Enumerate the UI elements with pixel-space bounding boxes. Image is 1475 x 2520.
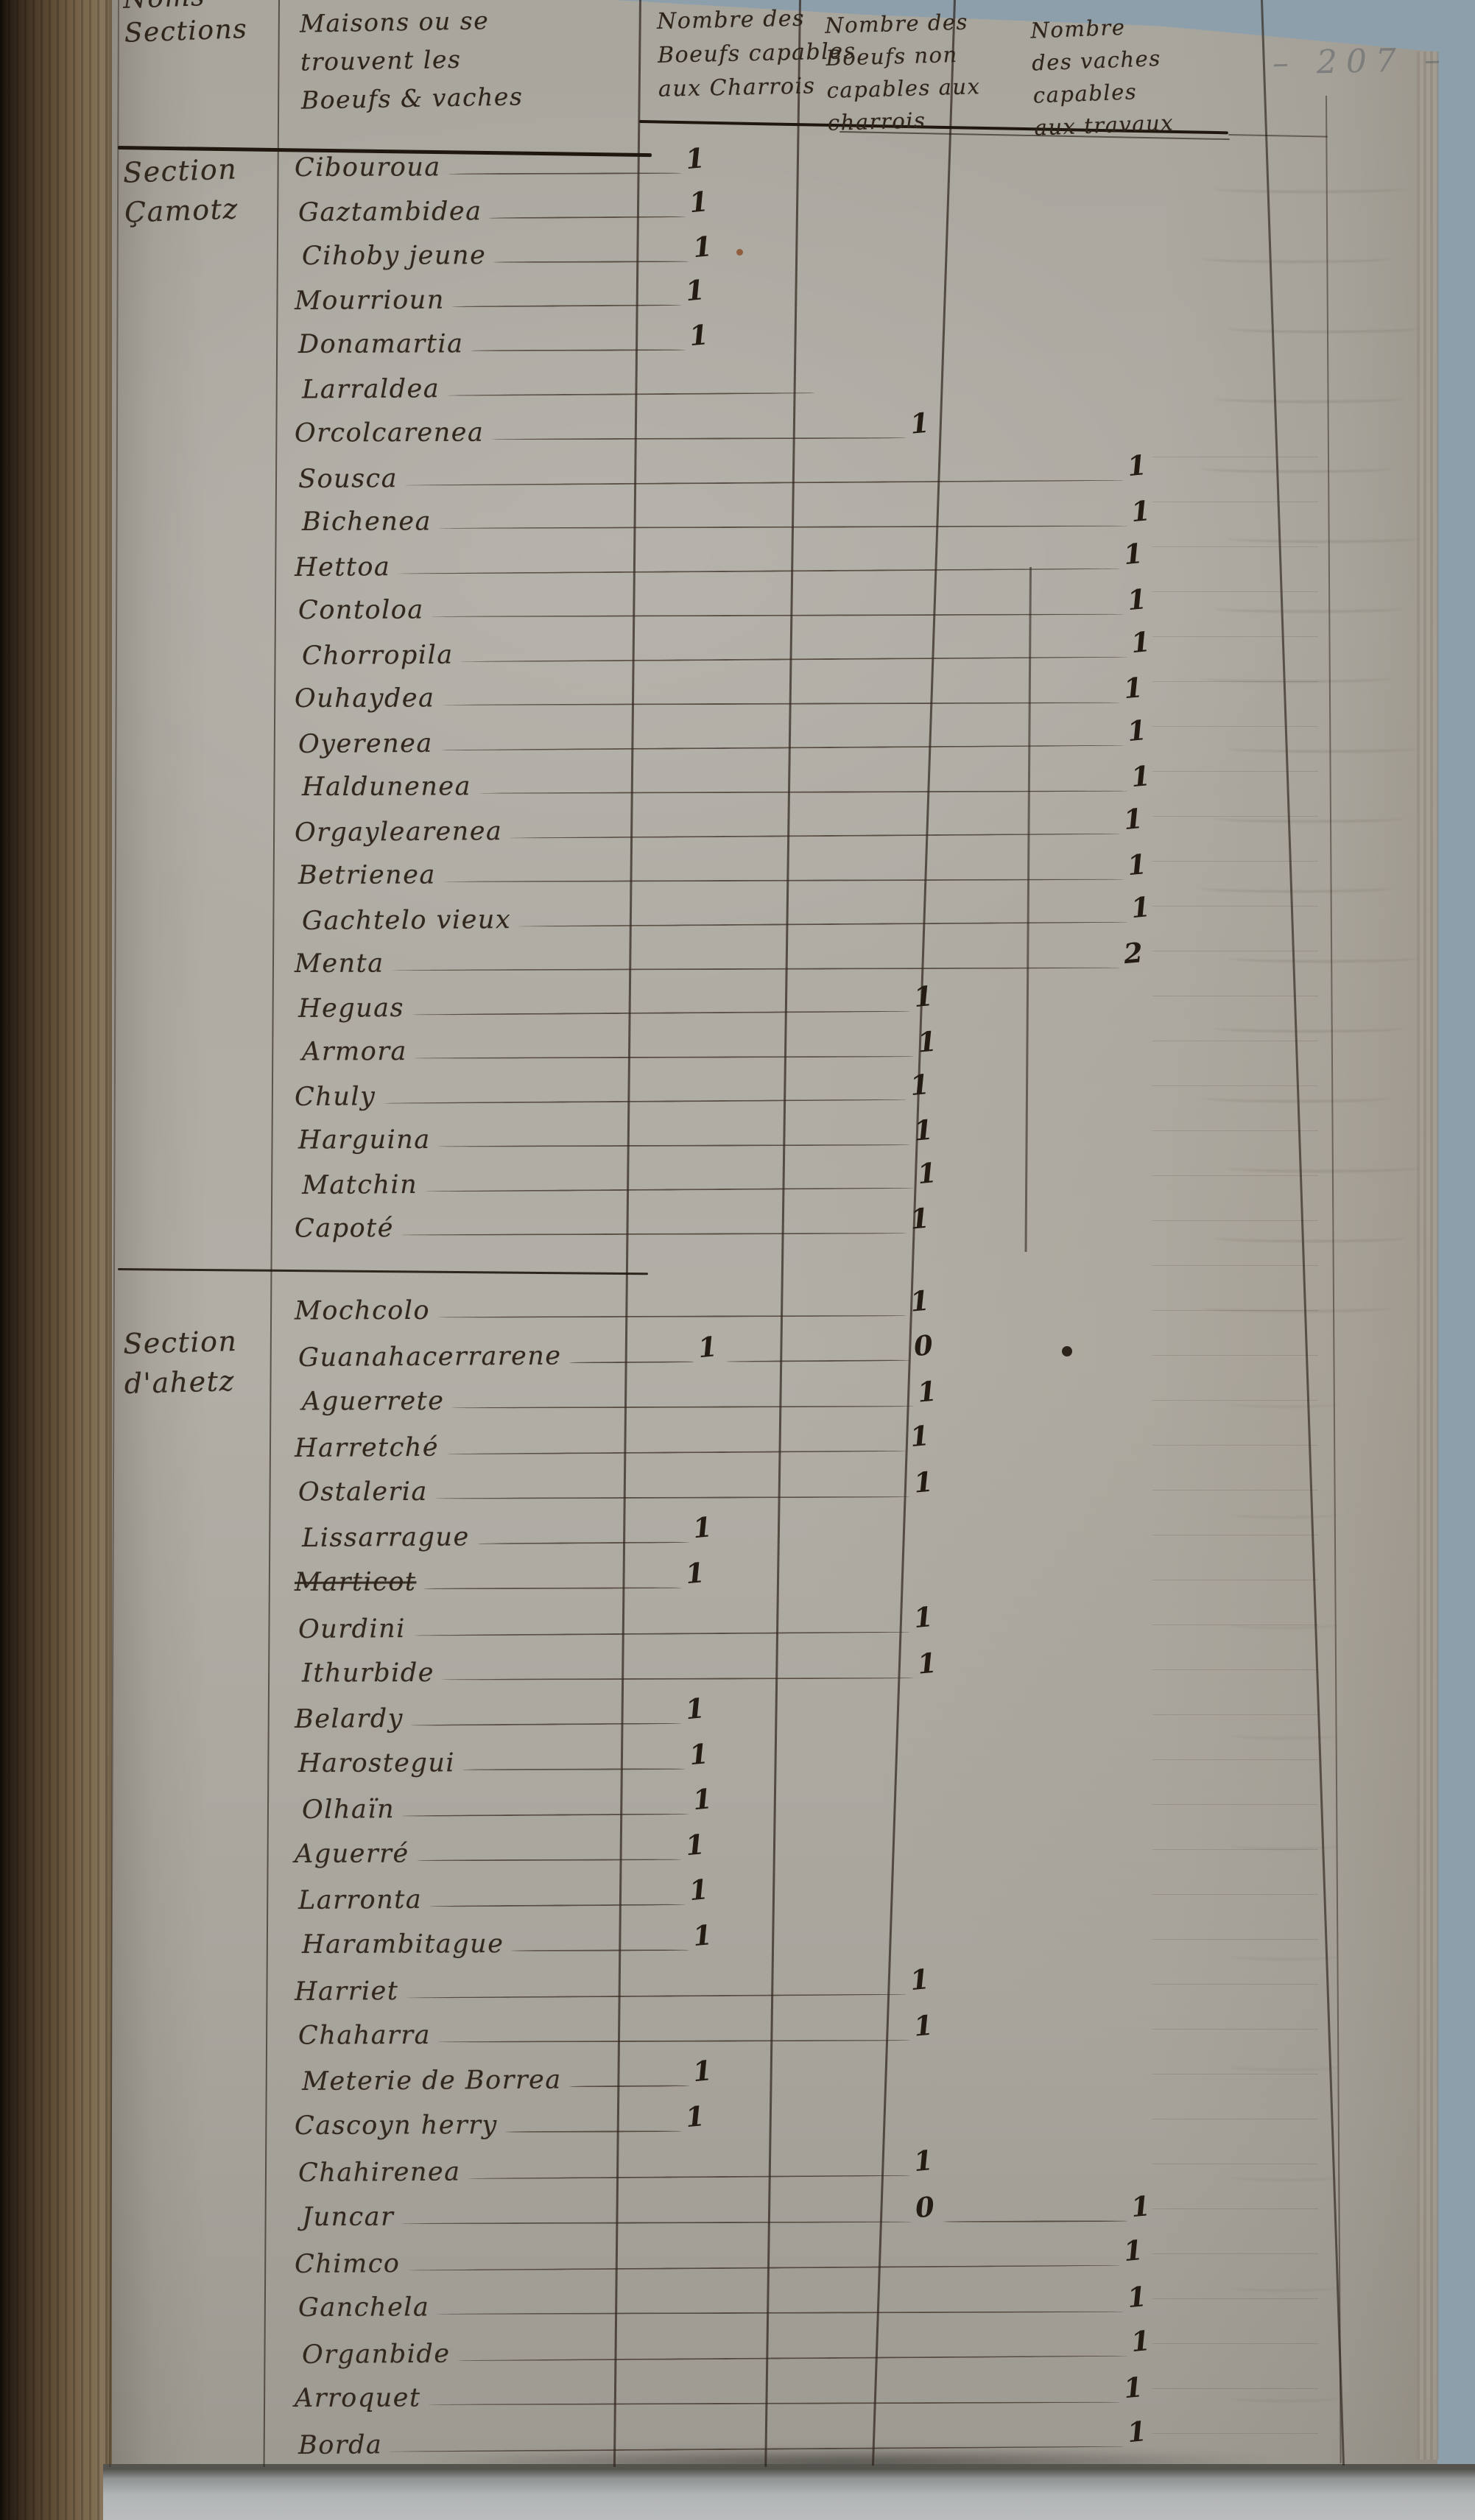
- count-value: 1: [1129, 2192, 1155, 2235]
- leader-line: [411, 1722, 682, 1725]
- leader-line: [423, 1587, 682, 1589]
- faint-ruled-line: [1152, 1310, 1318, 1311]
- count-value: 1: [691, 1784, 717, 1829]
- count-value: 1: [1122, 2373, 1147, 2416]
- count-value: 1: [908, 1421, 934, 1465]
- faint-ruled-line: [1152, 726, 1318, 727]
- house-name: Harostegui: [298, 1750, 455, 1784]
- faint-ruled-line: [1152, 2208, 1318, 2209]
- count-value: 1: [691, 1513, 717, 1557]
- leader-line: [415, 1056, 914, 1059]
- table-row: Matchin1: [302, 1158, 939, 1206]
- faint-ruled-line: [1152, 2253, 1318, 2254]
- count-value: 1: [683, 2102, 709, 2145]
- leader-line: [511, 1949, 689, 1951]
- bleed-mark: [1230, 2062, 1340, 2071]
- table-row: Cihoby jeune1: [302, 231, 714, 277]
- count-value: 1: [1122, 674, 1147, 717]
- faint-ruled-line: [1152, 906, 1318, 907]
- table-row: Ithurbide1: [302, 1646, 939, 1694]
- faint-ruled-line: [1152, 1759, 1318, 1760]
- count-value: 1: [1125, 2417, 1151, 2461]
- house-name: Arroquet: [295, 2385, 421, 2419]
- table-row: Harguina1: [298, 1114, 935, 1161]
- table-row: Meterie de Borrea1: [302, 2054, 714, 2102]
- faint-ruled-line: [1152, 1625, 1318, 1625]
- leader-line: [402, 1812, 689, 1816]
- header-line: des vaches: [1031, 41, 1172, 79]
- count-value: 1: [687, 1739, 713, 1783]
- faint-ruled-line: [1152, 1220, 1318, 1221]
- bleed-mark: [1214, 1024, 1405, 1032]
- house-name: Chuly: [295, 1084, 376, 1118]
- count-value: 1: [1125, 451, 1151, 496]
- faint-ruled-line: [1152, 2029, 1318, 2030]
- table-row: Capoté1: [295, 1203, 932, 1249]
- faint-ruled-line: [1152, 1804, 1318, 1805]
- section-label-line: Çamotz: [124, 189, 239, 232]
- count-value: 1: [1125, 585, 1151, 629]
- house-name: Gaztambidea: [298, 199, 482, 233]
- section-1-label: SectionÇamotz: [122, 149, 239, 232]
- leader-line: [452, 304, 682, 307]
- rust-fleck: [736, 249, 743, 256]
- table-row: Guanahacerrarene10: [298, 1328, 935, 1378]
- table-row: Borda1: [298, 2414, 1149, 2466]
- count-value: 1: [1129, 628, 1155, 672]
- header-line: capables: [1032, 74, 1173, 111]
- faint-ruled-line: [1152, 1535, 1318, 1535]
- faint-ruled-line: [1152, 2388, 1318, 2389]
- bleed-mark: [1214, 184, 1405, 193]
- table-row: Harostegui1: [298, 1737, 711, 1784]
- count-value: 1: [908, 1071, 934, 1115]
- house-name: Ganchela: [298, 2295, 429, 2329]
- faint-ruled-line: [1152, 816, 1318, 817]
- leader-line: [471, 349, 686, 351]
- bleed-mark: [1230, 1731, 1340, 1739]
- faint-ruled-line: [1152, 1265, 1318, 1266]
- leader-line: [491, 437, 907, 440]
- leader-line: [432, 613, 1124, 617]
- bleed-mark: [1200, 254, 1392, 263]
- leader-line: [442, 1677, 914, 1680]
- leader-line: [406, 1993, 907, 1998]
- house-name: Larronta: [298, 1887, 422, 1921]
- count-value: 1: [683, 1694, 709, 1738]
- table-row: Juncar01: [302, 2189, 1152, 2238]
- leader-line: [437, 2311, 1124, 2315]
- table-row: Chimco1: [295, 2233, 1145, 2284]
- leader-line: [479, 790, 1127, 794]
- leader-line: [442, 702, 1120, 705]
- leader-line: [438, 1144, 911, 1147]
- house-name: Ithurbide: [302, 1660, 434, 1694]
- house-name: Mourrioun: [295, 288, 445, 322]
- table-row: Ouhaydea1: [295, 672, 1145, 719]
- table-row: Menta2: [295, 937, 1145, 985]
- bleed-mark: [1230, 2283, 1340, 2292]
- table-row: Bichenea1: [302, 496, 1152, 543]
- faint-ruled-line: [1152, 1400, 1318, 1401]
- table-row: Haldunenea1: [302, 761, 1152, 808]
- header-line: Sections: [124, 13, 248, 51]
- bleed-mark: [1214, 1233, 1405, 1242]
- count-value: 1: [908, 1204, 934, 1247]
- count-value: 1: [683, 1558, 709, 1602]
- header-boeufs-non-capables-column: Nombre desBoeufs noncapables auxcharrois: [825, 5, 982, 139]
- count-value: 1: [1125, 851, 1151, 894]
- house-name: Heguas: [298, 996, 404, 1030]
- leader-line: [439, 525, 1127, 529]
- house-name: Orgaylearenea: [295, 819, 503, 854]
- table-row: Armora1: [302, 1026, 939, 1072]
- bleed-mark: [1227, 1164, 1418, 1172]
- house-name: Aguerrete: [302, 1388, 445, 1422]
- section-label-line: Section: [123, 1321, 238, 1364]
- table-surface: [103, 2464, 1475, 2520]
- faint-ruled-line: [1152, 1939, 1318, 1940]
- count-value: 1: [915, 1159, 941, 1203]
- count-value: 1: [683, 144, 709, 188]
- header-line: trouvent les: [300, 39, 523, 81]
- house-name: Chimco: [295, 2250, 401, 2284]
- house-name: Orcolcarenea: [295, 420, 484, 454]
- count-value: 1: [1125, 717, 1151, 761]
- bleed-mark: [1214, 814, 1405, 823]
- table-row: Ganchela1: [298, 2280, 1149, 2329]
- faint-ruled-line: [1152, 996, 1318, 996]
- count-value: 1: [691, 233, 717, 276]
- house-name: Bichenea: [302, 509, 432, 543]
- leader-line: [392, 967, 1121, 971]
- bleed-mark: [1227, 744, 1418, 753]
- faint-ruled-line: [1152, 1894, 1318, 1895]
- leader-line: [435, 1496, 910, 1499]
- faint-ruled-line: [1152, 2433, 1318, 2434]
- count-value: 1: [1129, 2326, 1155, 2371]
- house-name: Ouhaydea: [295, 686, 435, 719]
- table-row: Aguerrete1: [302, 1374, 939, 1422]
- header-sections-column: NomsSections: [122, 0, 248, 51]
- header-vaches-column: Nombredes vachescapablesaux travaux: [1030, 9, 1175, 144]
- count-value: 0: [912, 1331, 937, 1375]
- house-name: Cibouroua: [295, 155, 441, 189]
- count-value: 1: [915, 1649, 941, 1692]
- leader-line: [943, 2220, 1127, 2222]
- house-name: Menta: [295, 951, 384, 985]
- count-value: 1: [912, 982, 937, 1027]
- table-row: Hettoa1: [295, 538, 1145, 588]
- house-name: Larraldea: [302, 376, 440, 410]
- count-value: 1: [1122, 2236, 1147, 2280]
- header-line: Boeufs non: [825, 38, 980, 74]
- house-name: Gachtelo vieux: [302, 907, 511, 942]
- leader-line: [438, 2039, 910, 2042]
- leader-line: [462, 1768, 686, 1770]
- count-value: 1: [1129, 893, 1155, 937]
- house-name: Organbide: [302, 2341, 451, 2375]
- table-row: Harambitague1: [302, 1918, 714, 1965]
- table-row: Chahirenea1: [298, 2143, 935, 2193]
- leader-line: [412, 1010, 910, 1016]
- bleed-mark: [1227, 954, 1418, 962]
- house-name: Oyerenea: [298, 731, 433, 765]
- leader-line: [440, 745, 1124, 750]
- faint-ruled-line: [1152, 1849, 1318, 1850]
- house-name: Donamartia: [298, 331, 464, 365]
- faint-ruled-line: [1152, 861, 1318, 862]
- leader-line: [518, 921, 1127, 927]
- leader-line: [448, 172, 683, 175]
- count-value: 1: [1129, 497, 1155, 541]
- house-name: Aguerré: [295, 1841, 409, 1875]
- bleed-mark: [1230, 1951, 1340, 1960]
- house-name: Cihoby jeune: [302, 243, 486, 277]
- leader-line: [390, 2445, 1124, 2452]
- faint-ruled-line: [1152, 501, 1318, 502]
- table-row: Mourrioun1: [295, 275, 707, 322]
- leader-line: [726, 1359, 910, 1362]
- leader-line: [407, 2264, 1120, 2270]
- leader-line: [458, 2354, 1128, 2360]
- leader-line: [417, 1859, 683, 1861]
- faint-ruled-line: [1152, 1355, 1318, 1356]
- table-row: Larraldea: [302, 363, 817, 411]
- count-value: 1: [683, 276, 709, 320]
- faint-ruled-line: [1152, 636, 1318, 637]
- table-row: Organbide1: [302, 2323, 1152, 2375]
- count-value: 1: [691, 2056, 717, 2100]
- bleed-mark: [1200, 1303, 1392, 1312]
- house-name: Harambitague: [302, 1932, 504, 1965]
- leader-line: [425, 1187, 914, 1192]
- document-scan: NomsSections Maisons ou setrouvent lesBo…: [0, 0, 1475, 2520]
- header-line: charrois: [827, 102, 982, 139]
- count-value: 1: [1125, 2282, 1151, 2326]
- ink-blot: [1062, 1346, 1072, 1356]
- house-name: Harguina: [298, 1127, 431, 1161]
- faint-ruled-line: [1152, 2074, 1318, 2074]
- section-2-label: Sectiond'ahetz: [123, 1321, 239, 1404]
- faint-ruled-line: [1152, 771, 1318, 772]
- table-row: Cascoyn herry1: [295, 2100, 707, 2146]
- count-value: 1: [908, 1965, 934, 2009]
- header-line: capables aux: [826, 70, 981, 107]
- faint-ruled-line: [1152, 2164, 1318, 2164]
- section-2-rows: Mochcolo1Guanahacerrarene10Aguerrete1Har…: [298, 1285, 1152, 2463]
- table-row: Aguerré1: [295, 1828, 707, 1874]
- house-name: Chaharra: [298, 2022, 431, 2056]
- house-name: Harriet: [295, 1978, 399, 2012]
- table-row: Ostaleria1: [298, 1465, 935, 1513]
- faint-ruled-line: [1152, 1669, 1318, 1670]
- header-line: Nombre des: [825, 5, 979, 42]
- leader-line: [383, 1099, 907, 1104]
- leader-line: [401, 2221, 911, 2224]
- faint-ruled-line: [1152, 1041, 1318, 1041]
- faint-ruled-line: [1152, 1175, 1318, 1176]
- leader-line: [490, 216, 686, 219]
- leader-line: [446, 1449, 907, 1454]
- count-value: 1: [912, 1602, 937, 1647]
- bleed-mark: [1200, 464, 1392, 473]
- house-name: Ostaleria: [298, 1479, 428, 1513]
- leader-line: [405, 479, 1124, 486]
- faint-ruled-line: [1152, 457, 1318, 457]
- house-name: Belardy: [295, 1706, 404, 1739]
- header-line: Maisons ou se: [300, 1, 522, 43]
- table-row: Cibouroua1: [295, 143, 707, 189]
- count-value: 1: [912, 1468, 937, 1511]
- leader-line: [437, 1314, 907, 1317]
- count-value: 1: [1122, 805, 1147, 849]
- count-value: 1: [1122, 540, 1147, 584]
- faint-ruled-line: [1152, 546, 1318, 547]
- table-row: Orcolcarenea1: [295, 407, 932, 454]
- table-row: Orgaylearenea1: [295, 803, 1145, 854]
- table-row: Harriet1: [295, 1962, 932, 2012]
- table-row: Harretché1: [295, 1418, 932, 1468]
- house-name: Hettoa: [295, 555, 391, 588]
- house-name: Armora: [302, 1039, 407, 1072]
- header-line: Boeufs & vaches: [300, 77, 523, 119]
- page-number: – 207 –: [1272, 41, 1449, 82]
- header-line: aux travaux: [1034, 106, 1175, 144]
- count-value: 1: [1129, 762, 1155, 806]
- leader-line: [468, 2174, 911, 2178]
- count-value: 1: [687, 1875, 713, 1919]
- leader-line: [569, 2084, 690, 2086]
- house-name: Haldunenea: [302, 774, 471, 808]
- bleed-mark: [1200, 884, 1392, 893]
- house-name: Olhaïn: [302, 1796, 395, 1830]
- faint-ruled-line: [1152, 1580, 1318, 1580]
- house-name: Marticot: [295, 1569, 417, 1603]
- house-name: Ourdini: [298, 1616, 406, 1650]
- count-value: 1: [691, 1921, 717, 1964]
- faint-ruled-line: [1152, 1130, 1318, 1131]
- faint-ruled-line: [1152, 2119, 1318, 2119]
- faint-ruled-line: [1152, 2343, 1318, 2344]
- table-row: Lissarrague1: [302, 1510, 714, 1558]
- table-row: Ourdini1: [298, 1599, 935, 1650]
- count-value: 1: [912, 1116, 937, 1159]
- house-name: Cascoyn herry: [295, 2113, 498, 2147]
- count-value: 1: [915, 1377, 941, 1421]
- faint-ruled-line: [1152, 2298, 1318, 2299]
- bleed-mark: [1230, 1510, 1340, 1518]
- count-value: 1: [915, 1027, 941, 1071]
- house-name: Guanahacerrarene: [298, 1343, 562, 1378]
- count-value: 1: [908, 1287, 934, 1330]
- bleed-mark: [1230, 2172, 1340, 2181]
- table-row: Chuly1: [295, 1069, 932, 1118]
- house-name: Harretché: [295, 1435, 439, 1468]
- header-line: Nombre: [1030, 9, 1171, 46]
- table-row: Gaztambidea1: [298, 186, 711, 233]
- leader-line: [413, 1630, 910, 1636]
- bleed-mark: [1200, 1094, 1392, 1102]
- leader-line: [461, 656, 1128, 662]
- page-stack-edge: [1417, 52, 1439, 2460]
- table-row: Chorropila1: [302, 627, 1152, 677]
- count-value: 1: [912, 2146, 937, 2190]
- house-name: Meterie de Borrea: [302, 2066, 562, 2101]
- faint-ruled-line: [1152, 1984, 1318, 1985]
- count-value: 1: [695, 1332, 721, 1376]
- table-row: Betrienea1: [298, 849, 1149, 896]
- table-row: Marticot1: [295, 1556, 707, 1602]
- table-row: Arroquet1: [295, 2371, 1145, 2419]
- bleed-mark: [1230, 2393, 1340, 2402]
- faint-ruled-line: [1152, 681, 1318, 682]
- table-row: Mochcolo1: [295, 1284, 932, 1331]
- bleed-mark: [1227, 534, 1418, 543]
- leader-line: [569, 1360, 694, 1362]
- table-row: Oyerenea1: [298, 715, 1149, 765]
- leader-line: [429, 2401, 1121, 2405]
- house-name: Chahirenea: [298, 2158, 461, 2193]
- count-value: 1: [683, 1830, 709, 1873]
- count-value: 1: [908, 409, 934, 452]
- table-row: Contoloa1: [298, 584, 1149, 631]
- faint-ruled-line: [1152, 591, 1318, 592]
- faint-ruled-line: [1152, 1445, 1318, 1446]
- house-name: Contoloa: [298, 597, 424, 631]
- table-row: Belardy1: [295, 1692, 707, 1739]
- table-row: Chaharra1: [298, 2008, 935, 2056]
- leader-line: [451, 1405, 914, 1408]
- house-name: Chorropila: [302, 643, 454, 677]
- count-value: 1: [912, 2011, 937, 2055]
- table-row: Heguas1: [298, 981, 935, 1030]
- leader-line: [477, 1541, 690, 1544]
- house-name: Lissarrague: [302, 1524, 470, 1558]
- house-name: Capoté: [295, 1216, 394, 1249]
- house-name: Borda: [298, 2432, 383, 2466]
- faint-ruled-line: [1152, 1490, 1318, 1490]
- bleed-mark: [1214, 394, 1405, 403]
- count-value: 1: [687, 321, 713, 365]
- table-row: Sousca1: [298, 450, 1149, 500]
- section-label-line: Section: [122, 149, 238, 192]
- table-row: Donamartia1: [298, 320, 711, 365]
- house-name: Juncar: [302, 2204, 394, 2237]
- table-row: Olhaïn1: [302, 1782, 714, 1830]
- leader-line: [505, 2130, 683, 2133]
- leader-line: [447, 393, 814, 396]
- faint-ruled-line: [1152, 1714, 1318, 1715]
- leader-line: [398, 568, 1120, 574]
- leader-line: [510, 833, 1120, 839]
- section-label-line: d'ahetz: [124, 1361, 239, 1404]
- faint-ruled-line: [1152, 1085, 1318, 1086]
- house-name: Betrienea: [298, 862, 436, 896]
- leader-line: [401, 1233, 907, 1236]
- count-value: 2: [1122, 939, 1147, 982]
- leader-line: [493, 261, 689, 263]
- table-row: Gachtelo vieux1: [302, 892, 1152, 942]
- leader-line: [443, 879, 1124, 882]
- section-1-rows: Cibouroua1Gaztambidea1Cihoby jeune1Mourr…: [298, 144, 1152, 1248]
- header-maisons-column: Maisons ou setrouvent lesBoeufs & vaches: [300, 1, 524, 119]
- faint-ruled-line: [1152, 951, 1318, 951]
- count-value: 1: [687, 188, 713, 232]
- book-binding-edge: [0, 0, 112, 2520]
- bleed-mark: [1227, 324, 1418, 333]
- bleed-mark: [1214, 604, 1405, 613]
